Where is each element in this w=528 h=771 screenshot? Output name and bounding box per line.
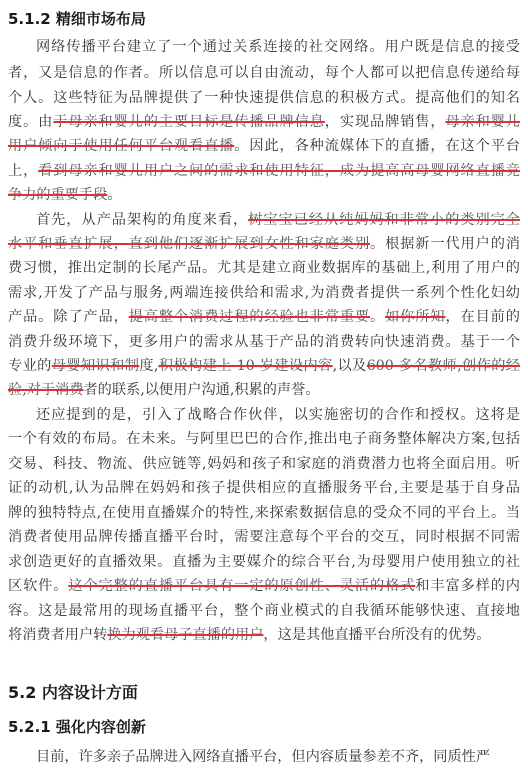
text-line: 区软件。这个完整的直播平台具有一定的原创性、灵活的格式和丰富多样的内: [8, 576, 520, 596]
text-segment: 容。这是最常用的现场直播平台，整个商业模式的自我循环能够快速、直接地: [8, 603, 520, 619]
text-segment: ,以及: [333, 358, 367, 374]
text-line: 一个有效的布局。在未来。与阿里巴巴的合作,推出电子商务整体解决方案,包括: [8, 429, 520, 449]
strikethrough-text: 树宝宝已经从纯妈妈和非常小的类别完全: [248, 212, 520, 228]
text-line: 者，又是信息的作者。所以信息可以自由流动，每个人都可以把信息传递给每: [8, 63, 520, 83]
text-line: 首先，从产品架构的角度来看，树宝宝已经从纯妈妈和非常小的类别完全: [8, 210, 520, 230]
strikethrough-text: 看到母亲和婴儿用户之间的需求和使用特征，成为提高高母婴网络直播竞: [38, 163, 520, 179]
text-segment: 产品。除了产品，: [8, 309, 129, 325]
text-line: 专业的母婴知识和制度,积极构建上 10 岁建设内容,以及600 多名教师,创作的…: [8, 356, 520, 376]
text-segment: 和丰富多样的内: [415, 578, 520, 594]
strikethrough-text: 提高整个消费过程的经验也非常重要: [129, 309, 370, 325]
text-line: 验,对于消费者的联系,以便用户沟通,积累的声誉。: [8, 380, 520, 400]
section-heading-5-2: 5.2 内容设计方面: [8, 680, 138, 703]
text-segment: 专业的: [8, 358, 52, 374]
text-line: 牌的独特特点,在使用直播媒介的特性,来探索数据信息的受众不同的平台上。当: [8, 503, 520, 523]
text-line: 目前，许多亲子品牌进入网络直播平台，但内容质量参差不齐，同质性严: [8, 747, 520, 767]
strikethrough-text: 于母亲和婴儿的主要目标是传播品牌信息: [53, 114, 325, 130]
strikethrough-text: 积极构建上 10 岁建设内容: [158, 358, 332, 374]
text-line: 度。由于母亲和婴儿的主要目标是传播品牌信息，实现品牌销售，母亲和婴儿: [8, 112, 520, 132]
text-line: 消费者使用品牌传播直播平台时，需要注意每个平台的交互，同时根据不同需: [8, 527, 520, 547]
text-line: 网络传播平台建立了一个通过关系连接的社交网络。用户既是信息的接受: [8, 37, 520, 57]
text-line: 求创造更好的直播效果。直播为主要媒介的综合平台,为母婴用户使用独立的社: [8, 552, 520, 572]
text-segment: 费习惯，推出定制的长尾产品。尤其是建立商业数据库的基础上,利用了用户的: [8, 260, 520, 276]
text-segment: 牌的独特特点,在使用直播媒介的特性,来探索数据信息的受众不同的平台上。当: [8, 505, 520, 521]
text-line: 争力的重要手段。: [8, 185, 520, 205]
text-line: 证的动机,认为品牌在妈妈和孩子提供相应的直播服务平台,主要是基于自身品: [8, 478, 520, 498]
text-segment: 者，又是信息的作者。所以信息可以自由流动，每个人都可以把信息传递给每: [8, 65, 520, 81]
text-line: 费习惯，推出定制的长尾产品。尤其是建立商业数据库的基础上,利用了用户的: [8, 258, 520, 278]
text-segment: 还应提到的是，引入了战略合作伙伴，以实施密切的合作和授权。这将是: [36, 407, 520, 423]
strikethrough-text: 这个完整的直播平台具有一定的原创性、灵活的格式: [68, 578, 415, 594]
text-segment: 。因此，各种流媒体下的直播，在这个平台: [234, 138, 520, 154]
text-line: 需求,开发了产品与服务,两端连接供给和需求,为消费者提供一系列个性化妇幼: [8, 283, 520, 303]
text-segment: ，实现品牌销售，: [325, 114, 446, 130]
text-segment: 。根据新一代用户的消: [370, 236, 520, 252]
text-segment: 将消费者用户转: [8, 627, 107, 643]
text-segment: 求创造更好的直播效果。直播为主要媒介的综合平台,为母婴用户使用独立的社: [8, 554, 520, 570]
text-line: 消费升级环境下，更多用户的需求从基于产品的消费转向快速消费。基于一个: [8, 332, 520, 352]
text-segment: 首先，从产品架构的角度来看，: [36, 212, 248, 228]
strikethrough-text: 如你所知: [385, 309, 445, 325]
text-line: 用户倾向于使用任何平台观看直播。因此，各种流媒体下的直播，在这个平台: [8, 136, 520, 156]
strikethrough-text: 换为观看母子直播的用户: [107, 627, 263, 643]
text-segment: 证的动机,认为品牌在妈妈和孩子提供相应的直播服务平台,主要是基于自身品: [8, 480, 520, 496]
strikethrough-text: 争力的重要手段: [8, 187, 107, 203]
strikethrough-text: 用户倾向于使用任何平台观看直播: [8, 138, 234, 154]
text-segment: 上，: [8, 163, 38, 179]
text-line: 产品。除了产品，提高整个消费过程的经验也非常重要。如你所知，在目前的: [8, 307, 520, 327]
section-heading-5-2-1: 5.2.1 强化内容创新: [8, 716, 146, 737]
strikethrough-text: 验,对于消费: [8, 382, 83, 398]
text-segment: 。: [107, 187, 121, 203]
strikethrough-text: 母婴知识和制: [52, 358, 140, 374]
text-line: 将消费者用户转换为观看母子直播的用户，这是其他直播平台所没有的优势。: [8, 625, 520, 645]
strikethrough-text: 水平和垂直扩展，直到他们逐渐扩展到女性和家庭类别: [8, 236, 370, 252]
section-heading-5-1-2: 5.1.2 精细市场布局: [8, 8, 146, 29]
text-line: 交易、科技、物流、供应链等,妈妈和孩子和家庭的消费潜力也将全面启用。听: [8, 454, 520, 474]
text-segment: 度,: [139, 358, 158, 374]
text-segment: 度。由: [8, 114, 53, 130]
text-line: 容。这是最常用的现场直播平台，整个商业模式的自我循环能够快速、直接地: [8, 601, 520, 621]
text-segment: 消费升级环境下，更多用户的需求从基于产品的消费转向快速消费。基于一个: [8, 334, 520, 350]
text-segment: 。: [370, 309, 385, 325]
text-segment: 消费者使用品牌传播直播平台时，需要注意每个平台的交互，同时根据不同需: [8, 529, 520, 545]
text-segment: 个人。这些特征为品牌提供了一种快速提供信息的积极方式。提高他们的知名: [8, 90, 520, 106]
text-line: 个人。这些特征为品牌提供了一种快速提供信息的积极方式。提高他们的知名: [8, 88, 520, 108]
text-segment: 目前，许多亲子品牌进入网络直播平台，但内容质量参差不齐，同质性严: [36, 749, 490, 765]
text-segment: 区软件。: [8, 578, 68, 594]
text-segment: 交易、科技、物流、供应链等,妈妈和孩子和家庭的消费潜力也将全面启用。听: [8, 456, 520, 472]
strikethrough-text: 母亲和婴儿: [445, 114, 520, 130]
text-segment: 需求,开发了产品与服务,两端连接供给和需求,为消费者提供一系列个性化妇幼: [8, 285, 520, 301]
text-segment: ，在目前的: [445, 309, 520, 325]
text-segment: 网络传播平台建立了一个通过关系连接的社交网络。用户既是信息的接受: [36, 39, 520, 55]
text-segment: ，这是其他直播平台所没有的优势。: [263, 627, 490, 643]
text-segment: 一个有效的布局。在未来。与阿里巴巴的合作,推出电子商务整体解决方案,包括: [8, 431, 520, 447]
text-line: 还应提到的是，引入了战略合作伙伴，以实施密切的合作和授权。这将是: [8, 405, 520, 425]
text-line: 上，看到母亲和婴儿用户之间的需求和使用特征，成为提高高母婴网络直播竞: [8, 161, 520, 181]
text-line: 水平和垂直扩展，直到他们逐渐扩展到女性和家庭类别。根据新一代用户的消: [8, 234, 520, 254]
text-segment: 者的联系,以便用户沟通,积累的声誉。: [83, 382, 319, 398]
strikethrough-text: 600 多名教师,创作的经: [367, 358, 520, 374]
